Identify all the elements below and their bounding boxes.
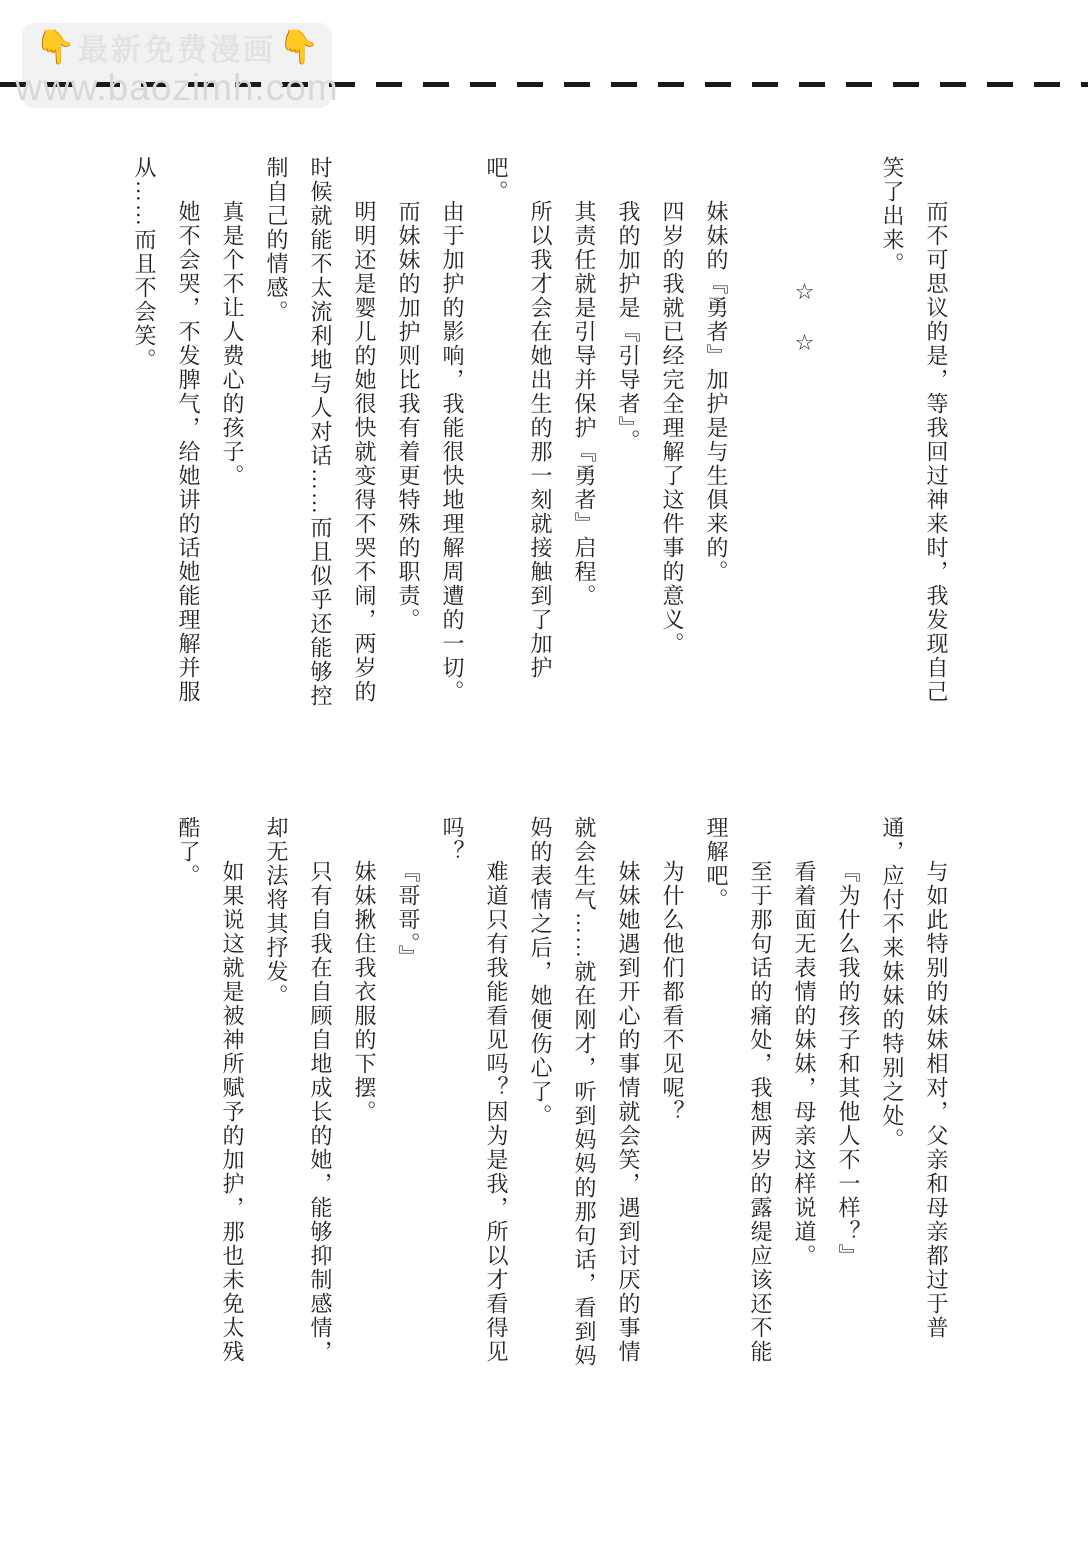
stars-section-separator: ☆ ☆ xyxy=(782,156,826,714)
novel-paragraph: 『哥哥。』 xyxy=(386,816,430,1374)
novel-paragraph: 四岁的我就已经完全理解了这件事的意义。 xyxy=(650,156,694,714)
novel-paragraph: 与如此特别的妹妹相对，父亲和母亲都过于普 通，应付不来妹妹的特别之处。 xyxy=(870,816,958,1374)
novel-paragraph: 真是个不让人费心的孩子。 xyxy=(210,156,254,714)
novel-text-bottom-section: 与如此特别的妹妹相对，父亲和母亲都过于普 通，应付不来妹妹的特别之处。『为什么我… xyxy=(166,816,958,1374)
watermark-title-row: 👇 最新免费漫画 👇 xyxy=(35,25,319,69)
watermark-title: 最新免费漫画 xyxy=(78,25,276,69)
novel-paragraph: 我的加护是『引导者』。 xyxy=(606,156,650,714)
novel-paragraph: 而不可思议的是，等我回过神来时，我发现自己 笑了出来。 xyxy=(870,156,958,714)
watermark-url[interactable]: www.baozimh.com xyxy=(15,69,338,107)
novel-paragraph: 难道只有我能看见吗？因为是我，所以才看得见 吗？ xyxy=(430,816,518,1374)
novel-paragraph: 『为什么我的孩子和其他人不一样？』 xyxy=(826,816,870,1374)
novel-paragraph: 妹妹她遇到开心的事情就会笑，遇到讨厌的事情 就会生气……就在刚才，听到妈妈的那句… xyxy=(518,816,650,1374)
novel-paragraph: 明明还是婴儿的她很快就变得不哭不闹，两岁的 时候就能不太流利地与人对话……而且似… xyxy=(254,156,386,714)
pointing-down-icon: 👇 xyxy=(278,30,319,63)
novel-paragraph: 只有自我在自顾自地成长的她，能够抑制感情， 却无法将其抒发。 xyxy=(254,816,342,1374)
pointing-down-icon: 👇 xyxy=(35,30,76,63)
novel-paragraph: 如果说这就是被神所赋予的加护，那也未免太残 酷了。 xyxy=(166,816,254,1374)
novel-paragraph: 为什么他们都看不见呢？ xyxy=(650,816,694,1374)
novel-text-top-section: 而不可思议的是，等我回过神来时，我发现自己 笑了出来。☆ ☆妹妹的『勇者』加护是… xyxy=(122,156,958,714)
watermark-banner[interactable]: 👇 最新免费漫画 👇 www.baozimh.com xyxy=(22,23,332,108)
novel-paragraph: 而妹妹的加护则比我有着更特殊的职责。 xyxy=(386,156,430,714)
novel-paragraph: 至于那句话的痛处，我想两岁的露缇应该还不能 理解吧。 xyxy=(694,816,782,1374)
novel-paragraph: 她不会哭，不发脾气，给她讲的话她能理解并服 从……而且不会笑。 xyxy=(122,156,210,714)
novel-paragraph: 由于加护的影响，我能很快地理解周遭的一切。 xyxy=(430,156,474,714)
novel-paragraph: 所以我才会在她出生的那一刻就接触到了加护 吧。 xyxy=(474,156,562,714)
novel-paragraph: 看着面无表情的妹妹，母亲这样说道。 xyxy=(782,816,826,1374)
novel-paragraph: 其责任就是引导并保护『勇者』启程。 xyxy=(562,156,606,714)
novel-paragraph: 妹妹的『勇者』加护是与生俱来的。 xyxy=(694,156,738,714)
novel-paragraph: 妹妹揪住我衣服的下摆。 xyxy=(342,816,386,1374)
